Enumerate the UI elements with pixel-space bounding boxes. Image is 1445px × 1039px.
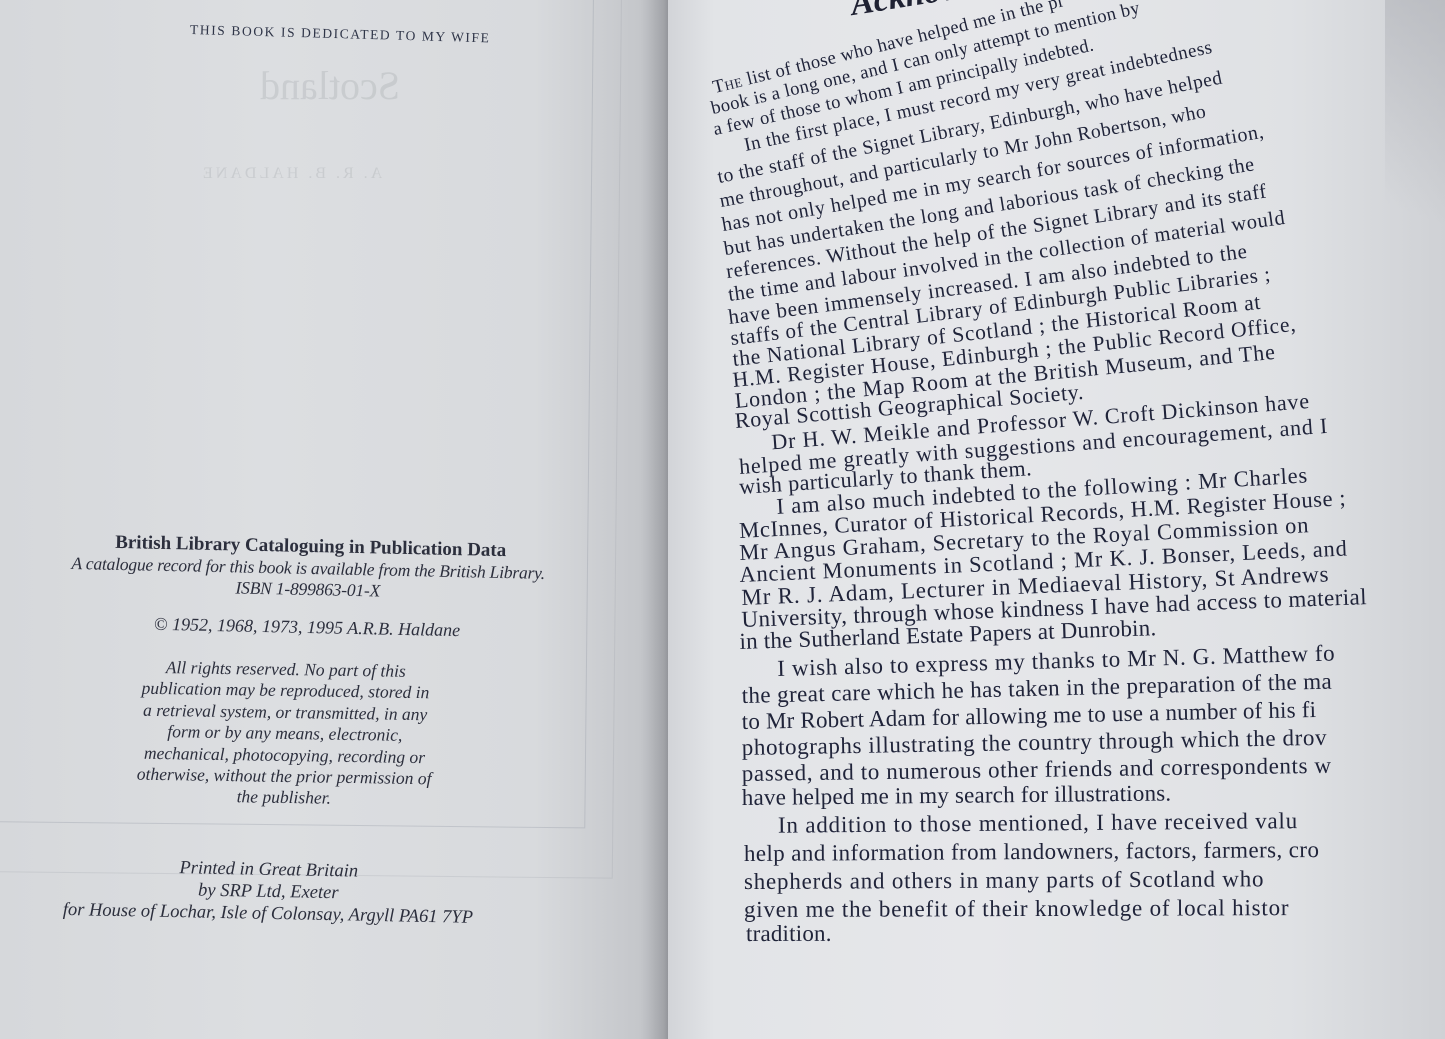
body-text-line: In addition to those mentioned, I have r… [742, 808, 1298, 839]
body-text: tradition. [746, 921, 832, 946]
body-text-line: have helped me in my search for illustra… [742, 781, 1172, 811]
rights-notice: All rights reserved. No part of this pub… [94, 656, 476, 812]
bleed-through-author: A. R. B. HALDANE [200, 165, 382, 183]
left-page: Scotland A. R. B. HALDANE THIS BOOK IS D… [0, 0, 668, 1039]
body-text: have helped me in my search for illustra… [742, 781, 1172, 810]
body-text: given me the benefit of their knowledge … [744, 895, 1289, 922]
gutter-shadow [640, 0, 668, 1039]
body-text-line: help and information from landowners, fa… [744, 837, 1320, 867]
body-text-line: shepherds and others in many parts of Sc… [744, 866, 1264, 895]
body-text-line: tradition. [746, 921, 832, 947]
body-text: help and information from landowners, fa… [744, 837, 1320, 866]
cip-block: British Library Cataloguing in Publicati… [22, 530, 594, 644]
body-text: shepherds and others in many parts of Sc… [744, 866, 1264, 894]
bleed-through-title: Scotland [260, 62, 400, 109]
printer-imprint: Printed in Great Britain by SRP Ltd, Exe… [13, 854, 524, 930]
body-text: In addition to those mentioned, I have r… [742, 808, 1298, 838]
open-book-spread: Scotland A. R. B. HALDANE THIS BOOK IS D… [0, 0, 1445, 1039]
body-text-line: given me the benefit of their knowledge … [744, 895, 1289, 923]
right-page: Acknow The list of those who have helped… [668, 0, 1445, 1039]
